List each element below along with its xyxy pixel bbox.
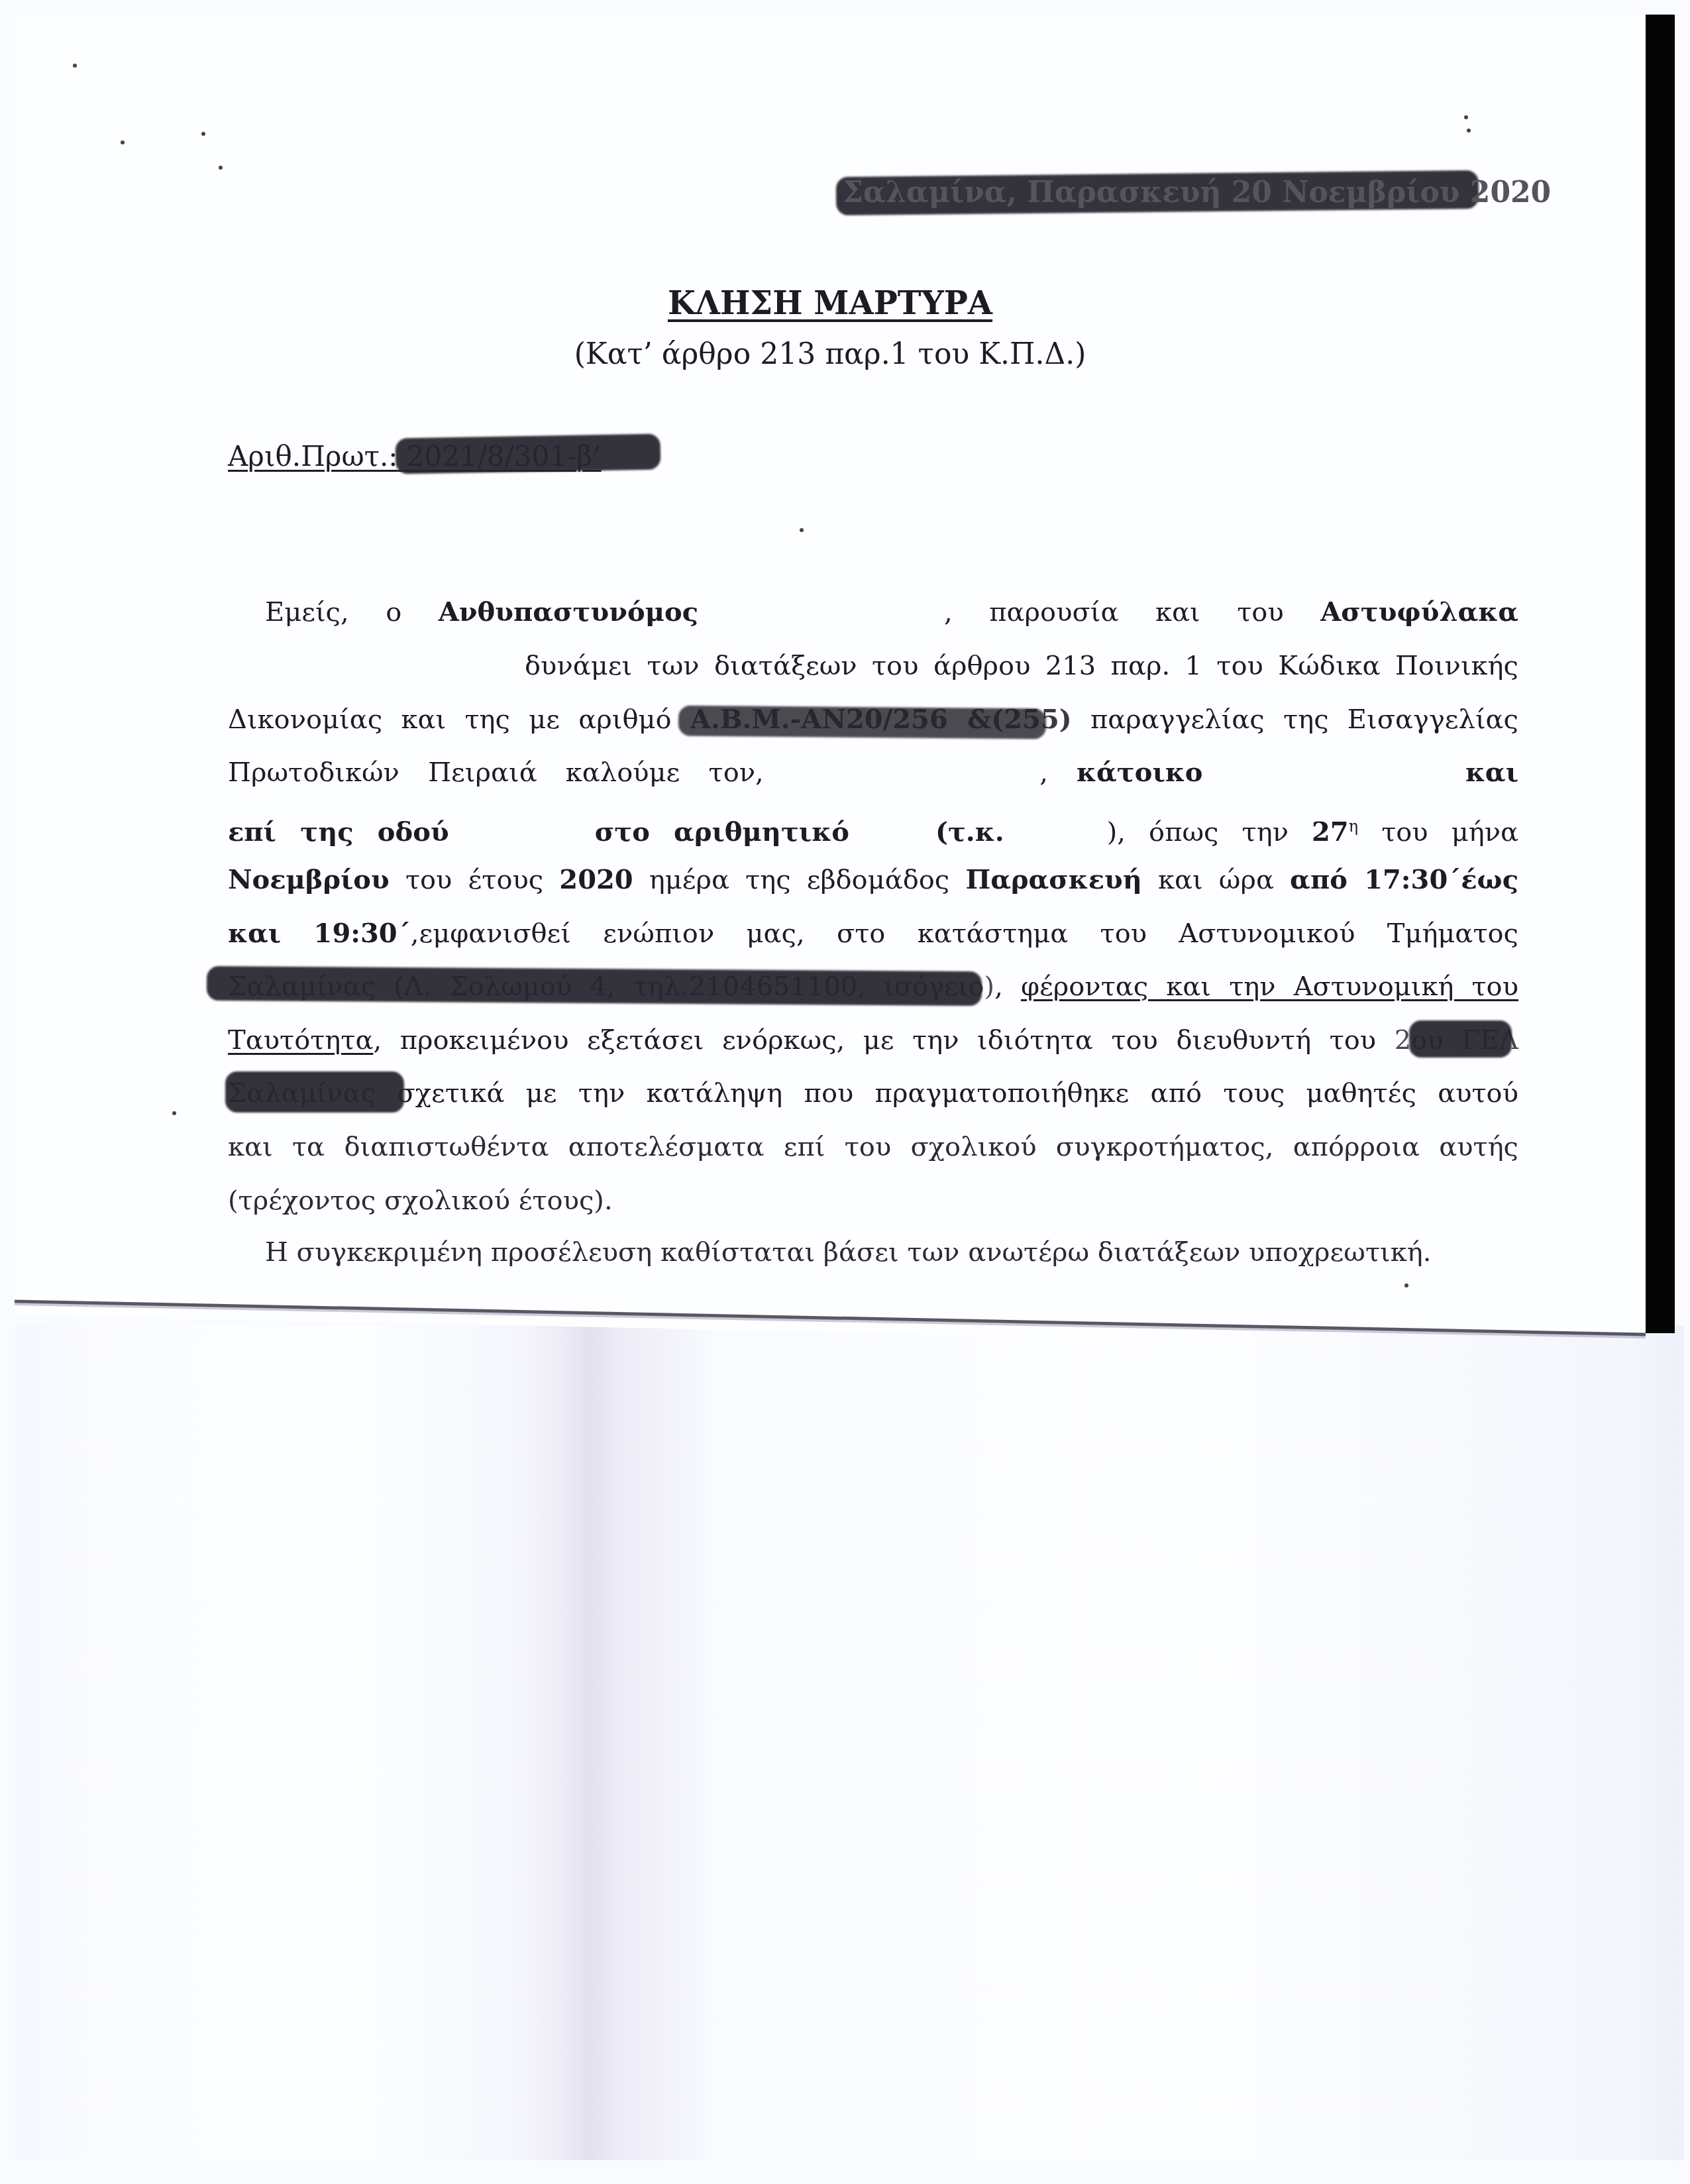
rank-constable: Αστυφύλακα	[1320, 596, 1518, 628]
body-line-2: δυνάμει των διατάξεων του άρθρου 213 παρ…	[525, 646, 1518, 686]
body-line-12: (τρέχοντος σχολικού έτους).	[228, 1181, 1518, 1221]
document-title: ΚΛΗΣΗ ΜΑΡΤΥΡΑ	[15, 285, 1646, 322]
body-line-9: Ταυτότητα, προκειμένου εξετάσει ενόρκως,…	[228, 1020, 1518, 1060]
scan-speck	[121, 140, 125, 144]
scan-speck	[219, 166, 223, 170]
scan-speck	[73, 64, 77, 68]
redaction-school-city	[225, 1071, 404, 1113]
redaction-school-name	[1409, 1020, 1512, 1058]
scan-speck	[800, 528, 804, 532]
document-subtitle: (Κατ’ άρθρο 213 παρ.1 του Κ.Π.Δ.)	[15, 337, 1646, 371]
body-line-5: επί της οδού στο αριθμητικό (τ.κ. ), όπω…	[228, 806, 1518, 846]
body-line-7: και 19:30΄,εμφανισθεί ενώπιον μας, στο κ…	[228, 914, 1518, 954]
body-line-11: και τα διαπιστωθέντα αποτελέσματα επί το…	[228, 1127, 1518, 1167]
protocol-label: Αριθ.Πρωτ.:	[228, 440, 397, 472]
place-date: Σαλαμίνα, Παρασκευή 20 Νοεμβρίου 2020	[843, 176, 1551, 209]
closing-sentence: Η συγκεκριμένη προσέλευση καθίσταται βάσ…	[265, 1232, 1431, 1272]
scan-speck	[201, 132, 205, 136]
scanner-edge-bar	[1646, 15, 1675, 1333]
body-line-4: Πρωτοδικών Πειραιά καλούμε τον, , κάτοικ…	[228, 753, 1518, 792]
scan-speck	[1464, 115, 1468, 119]
resident-label: κάτοικο	[1077, 757, 1202, 788]
redaction-order-number	[678, 706, 1046, 739]
scan-speck	[1467, 129, 1471, 133]
body-line-1: Εμείς, ο Ανθυπαστυνόμος , παρουσία και τ…	[265, 592, 1518, 632]
rank-sublieutenant: Ανθυπαστυνόμος	[439, 596, 698, 628]
scanned-document: Σαλαμίνα, Παρασκευή 20 Νοεμβρίου 2020 ΚΛ…	[0, 0, 1690, 2184]
body-line-10: Σαλαμίνας σχετικά με την κατάληψη που πρ…	[228, 1073, 1518, 1113]
lower-blank-sheet	[15, 1325, 1684, 2160]
scan-speck	[172, 1111, 176, 1115]
redaction-protocol	[396, 434, 661, 474]
body-line-6: Νοεμβρίου του έτους 2020 ημέρα της εβδομ…	[228, 860, 1518, 900]
redaction-station-address	[207, 966, 982, 1006]
scan-speck	[1404, 1283, 1408, 1287]
document-page: Σαλαμίνα, Παρασκευή 20 Νοεμβρίου 2020 ΚΛ…	[15, 15, 1646, 1333]
